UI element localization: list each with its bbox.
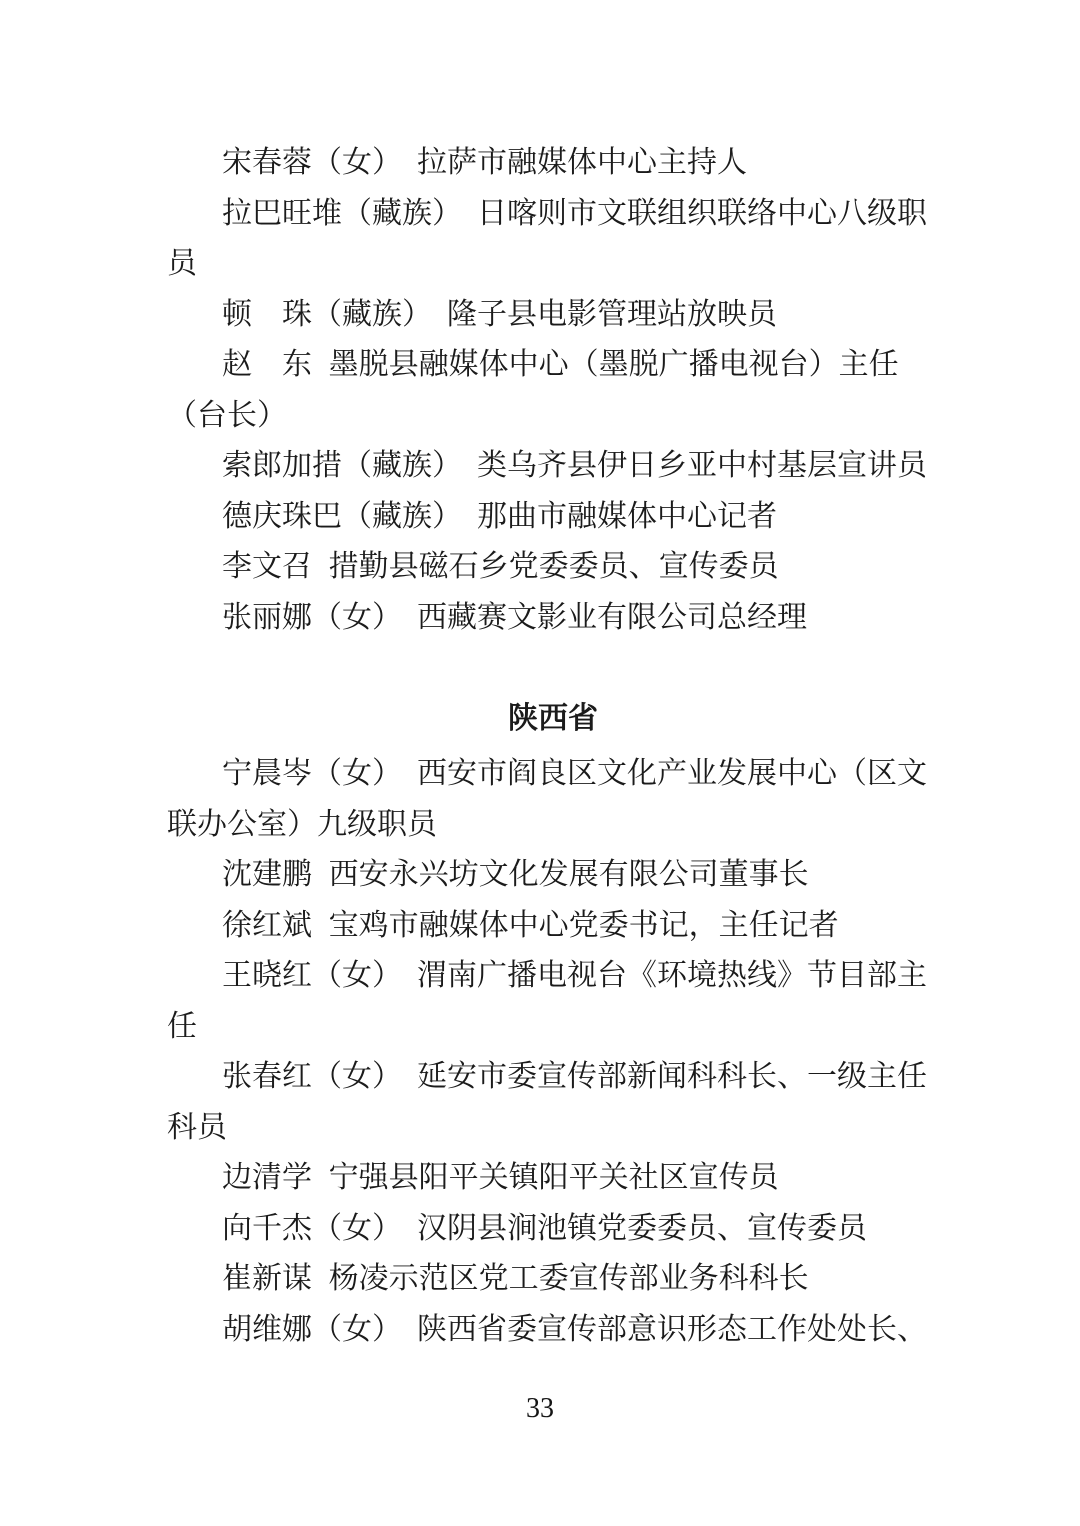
document-line: 徐红斌 宝鸡市融媒体中心党委书记，主任记者 bbox=[167, 901, 939, 952]
document-body: 宋春蓉（女） 拉萨市融媒体中心主持人拉巴旺堆（藏族） 日喀则市文联组织联络中心八… bbox=[167, 138, 939, 1355]
page-number: 33 bbox=[0, 1392, 1080, 1426]
document-line: 张春红（女） 延安市委宣传部新闻科科长、一级主任 bbox=[167, 1052, 939, 1103]
document-line: 科员 bbox=[167, 1103, 939, 1154]
document-line: 员 bbox=[167, 239, 939, 290]
document-line: 宁晨岑（女） 西安市阎良区文化产业发展中心（区文 bbox=[167, 749, 939, 800]
document-line: 向千杰（女） 汉阴县涧池镇党委委员、宣传委员 bbox=[167, 1204, 939, 1255]
document-line bbox=[167, 643, 939, 694]
document-line: 王晓红（女） 渭南广播电视台《环境热线》节目部主 bbox=[167, 951, 939, 1002]
section-header: 陕西省 bbox=[167, 694, 939, 745]
document-line: 边清学 宁强县阳平关镇阳平关社区宣传员 bbox=[167, 1153, 939, 1204]
document-line: 宋春蓉（女） 拉萨市融媒体中心主持人 bbox=[167, 138, 939, 189]
document-line: 联办公室）九级职员 bbox=[167, 800, 939, 851]
document-line: 李文召 措勤县磁石乡党委委员、宣传委员 bbox=[167, 542, 939, 593]
document-line: 顿 珠（藏族） 隆子县电影管理站放映员 bbox=[167, 290, 939, 341]
document-line: 沈建鹏 西安永兴坊文化发展有限公司董事长 bbox=[167, 850, 939, 901]
document-line: 索郎加措（藏族） 类乌齐县伊日乡亚中村基层宣讲员 bbox=[167, 441, 939, 492]
document-line: （台长） bbox=[167, 391, 939, 442]
document-line: 崔新谋 杨凌示范区党工委宣传部业务科科长 bbox=[167, 1254, 939, 1305]
document-line: 张丽娜（女） 西藏赛文影业有限公司总经理 bbox=[167, 593, 939, 644]
document-line: 胡维娜（女） 陕西省委宣传部意识形态工作处处长、 bbox=[167, 1305, 939, 1356]
document-line: 任 bbox=[167, 1002, 939, 1053]
document-line: 赵 东 墨脱县融媒体中心（墨脱广播电视台）主任 bbox=[167, 340, 939, 391]
document-line: 德庆珠巴（藏族） 那曲市融媒体中心记者 bbox=[167, 492, 939, 543]
document-line: 拉巴旺堆（藏族） 日喀则市文联组织联络中心八级职 bbox=[167, 189, 939, 240]
